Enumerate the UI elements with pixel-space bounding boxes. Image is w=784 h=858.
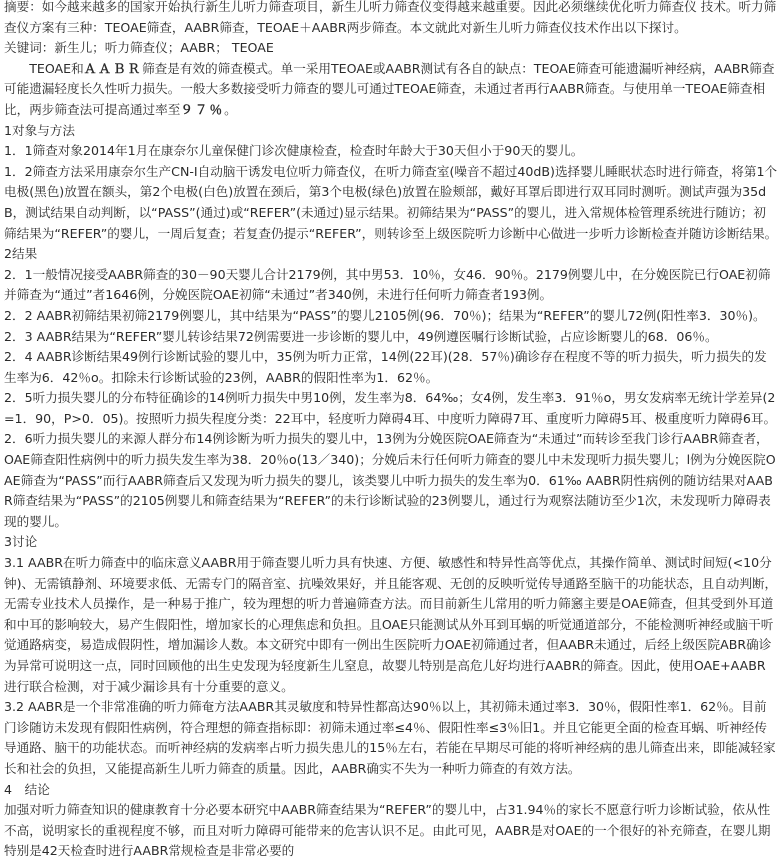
paragraph-2-3: 2．3 AABR结果为“REFER”婴儿转诊结果72例需要进一步诊断的婴儿中，4… bbox=[4, 327, 778, 348]
abstract-text: 如今越来越多的国家开始执行新生儿听力筛查项目，新生儿听力筛查仪变得越来越重要。因… bbox=[4, 0, 776, 35]
keywords-label: 关键词： bbox=[4, 40, 54, 55]
abstract-label: 摘要： bbox=[4, 0, 42, 14]
keywords: 关键词：新生儿；听力筛查仪；AABR； TEOAE bbox=[4, 38, 778, 59]
intro-text-e: 。 bbox=[224, 102, 237, 117]
paragraph-3-1: 3.1 AABR在听力筛查中的临床意义AABR用于筛查婴儿听力具有快速、方便、敏… bbox=[4, 553, 778, 594]
paragraph-3-2: 3.2 AABR是一个非常准确的听力筛奄方法AABR其灵敏度和特异性都高达90％… bbox=[4, 697, 778, 779]
paragraph-2-1: 2．1一般情况接受AABR筛查的30－90天婴儿合计2179例，其中男53．10… bbox=[4, 265, 778, 306]
paragraph-4: 加强对听力筛查知识的健康教育十分必要本研究中AABR筛查结果为“REFER”的婴… bbox=[4, 800, 778, 858]
paragraph-2-4: 2．4 AABR诊断结果49例行诊断试验的婴儿中，35例为听力正常，14例(22… bbox=[4, 347, 778, 388]
abstract: 摘要：如今越来越多的国家开始执行新生儿听力筛查项目，新生儿听力筛查仪变得越来越重… bbox=[4, 0, 778, 38]
section-heading-methods: 1对象与方法 bbox=[4, 121, 778, 142]
paragraph-2-5: 2．5听力损失婴儿的分布特征确诊的14例听力损失中男10例，发生率为8．64‰；… bbox=[4, 388, 778, 429]
paragraph-2-2: 2．2 AABR初筛结果初筛2179例婴儿，其中结果为“PASS”的婴儿2105… bbox=[4, 306, 778, 327]
section-heading-results: 2结果 bbox=[4, 244, 778, 265]
intro-text-a: TEOAE和 bbox=[29, 61, 84, 76]
intro-pass-rate: ９７％ bbox=[180, 102, 224, 117]
paragraph-1-1: 1．1筛查对象2014年1月在康奈尔儿童保健门诊次健康检查，检查时年龄大于30天… bbox=[4, 141, 778, 162]
intro-aabr-emphasis: ＡＡＢＲ bbox=[84, 61, 142, 76]
keywords-text: 新生儿；听力筛查仪；AABR； TEOAE bbox=[54, 40, 273, 55]
section-heading-conclusion: 4 结论 bbox=[4, 780, 778, 801]
paragraph-3-1-cont: 无需专业技术人员操作，是一种易于推广，较为理想的听力普遍筛查方法。而目前新生儿常… bbox=[4, 594, 778, 697]
article-body: 摘要：如今越来越多的国家开始执行新生儿听力筛查项目，新生儿听力筛查仪变得越来越重… bbox=[0, 0, 784, 858]
paragraph-2-6: 2．6听力损失婴儿的来源人群分布14例诊断为听力损失的婴儿中，13例为分娩医院O… bbox=[4, 429, 778, 532]
intro-paragraph: TEOAE和ＡＡＢＲ筛查是有效的筛查模式。单一采用TEOAE或AABR测试有各自… bbox=[4, 59, 778, 121]
paragraph-1-2: 1．2筛查方法采用康奈尔生产CN-I自动脑干诱发电位听力筛查仪，在听力筛查室(噪… bbox=[4, 162, 778, 244]
section-heading-discussion: 3讨论 bbox=[4, 532, 778, 553]
